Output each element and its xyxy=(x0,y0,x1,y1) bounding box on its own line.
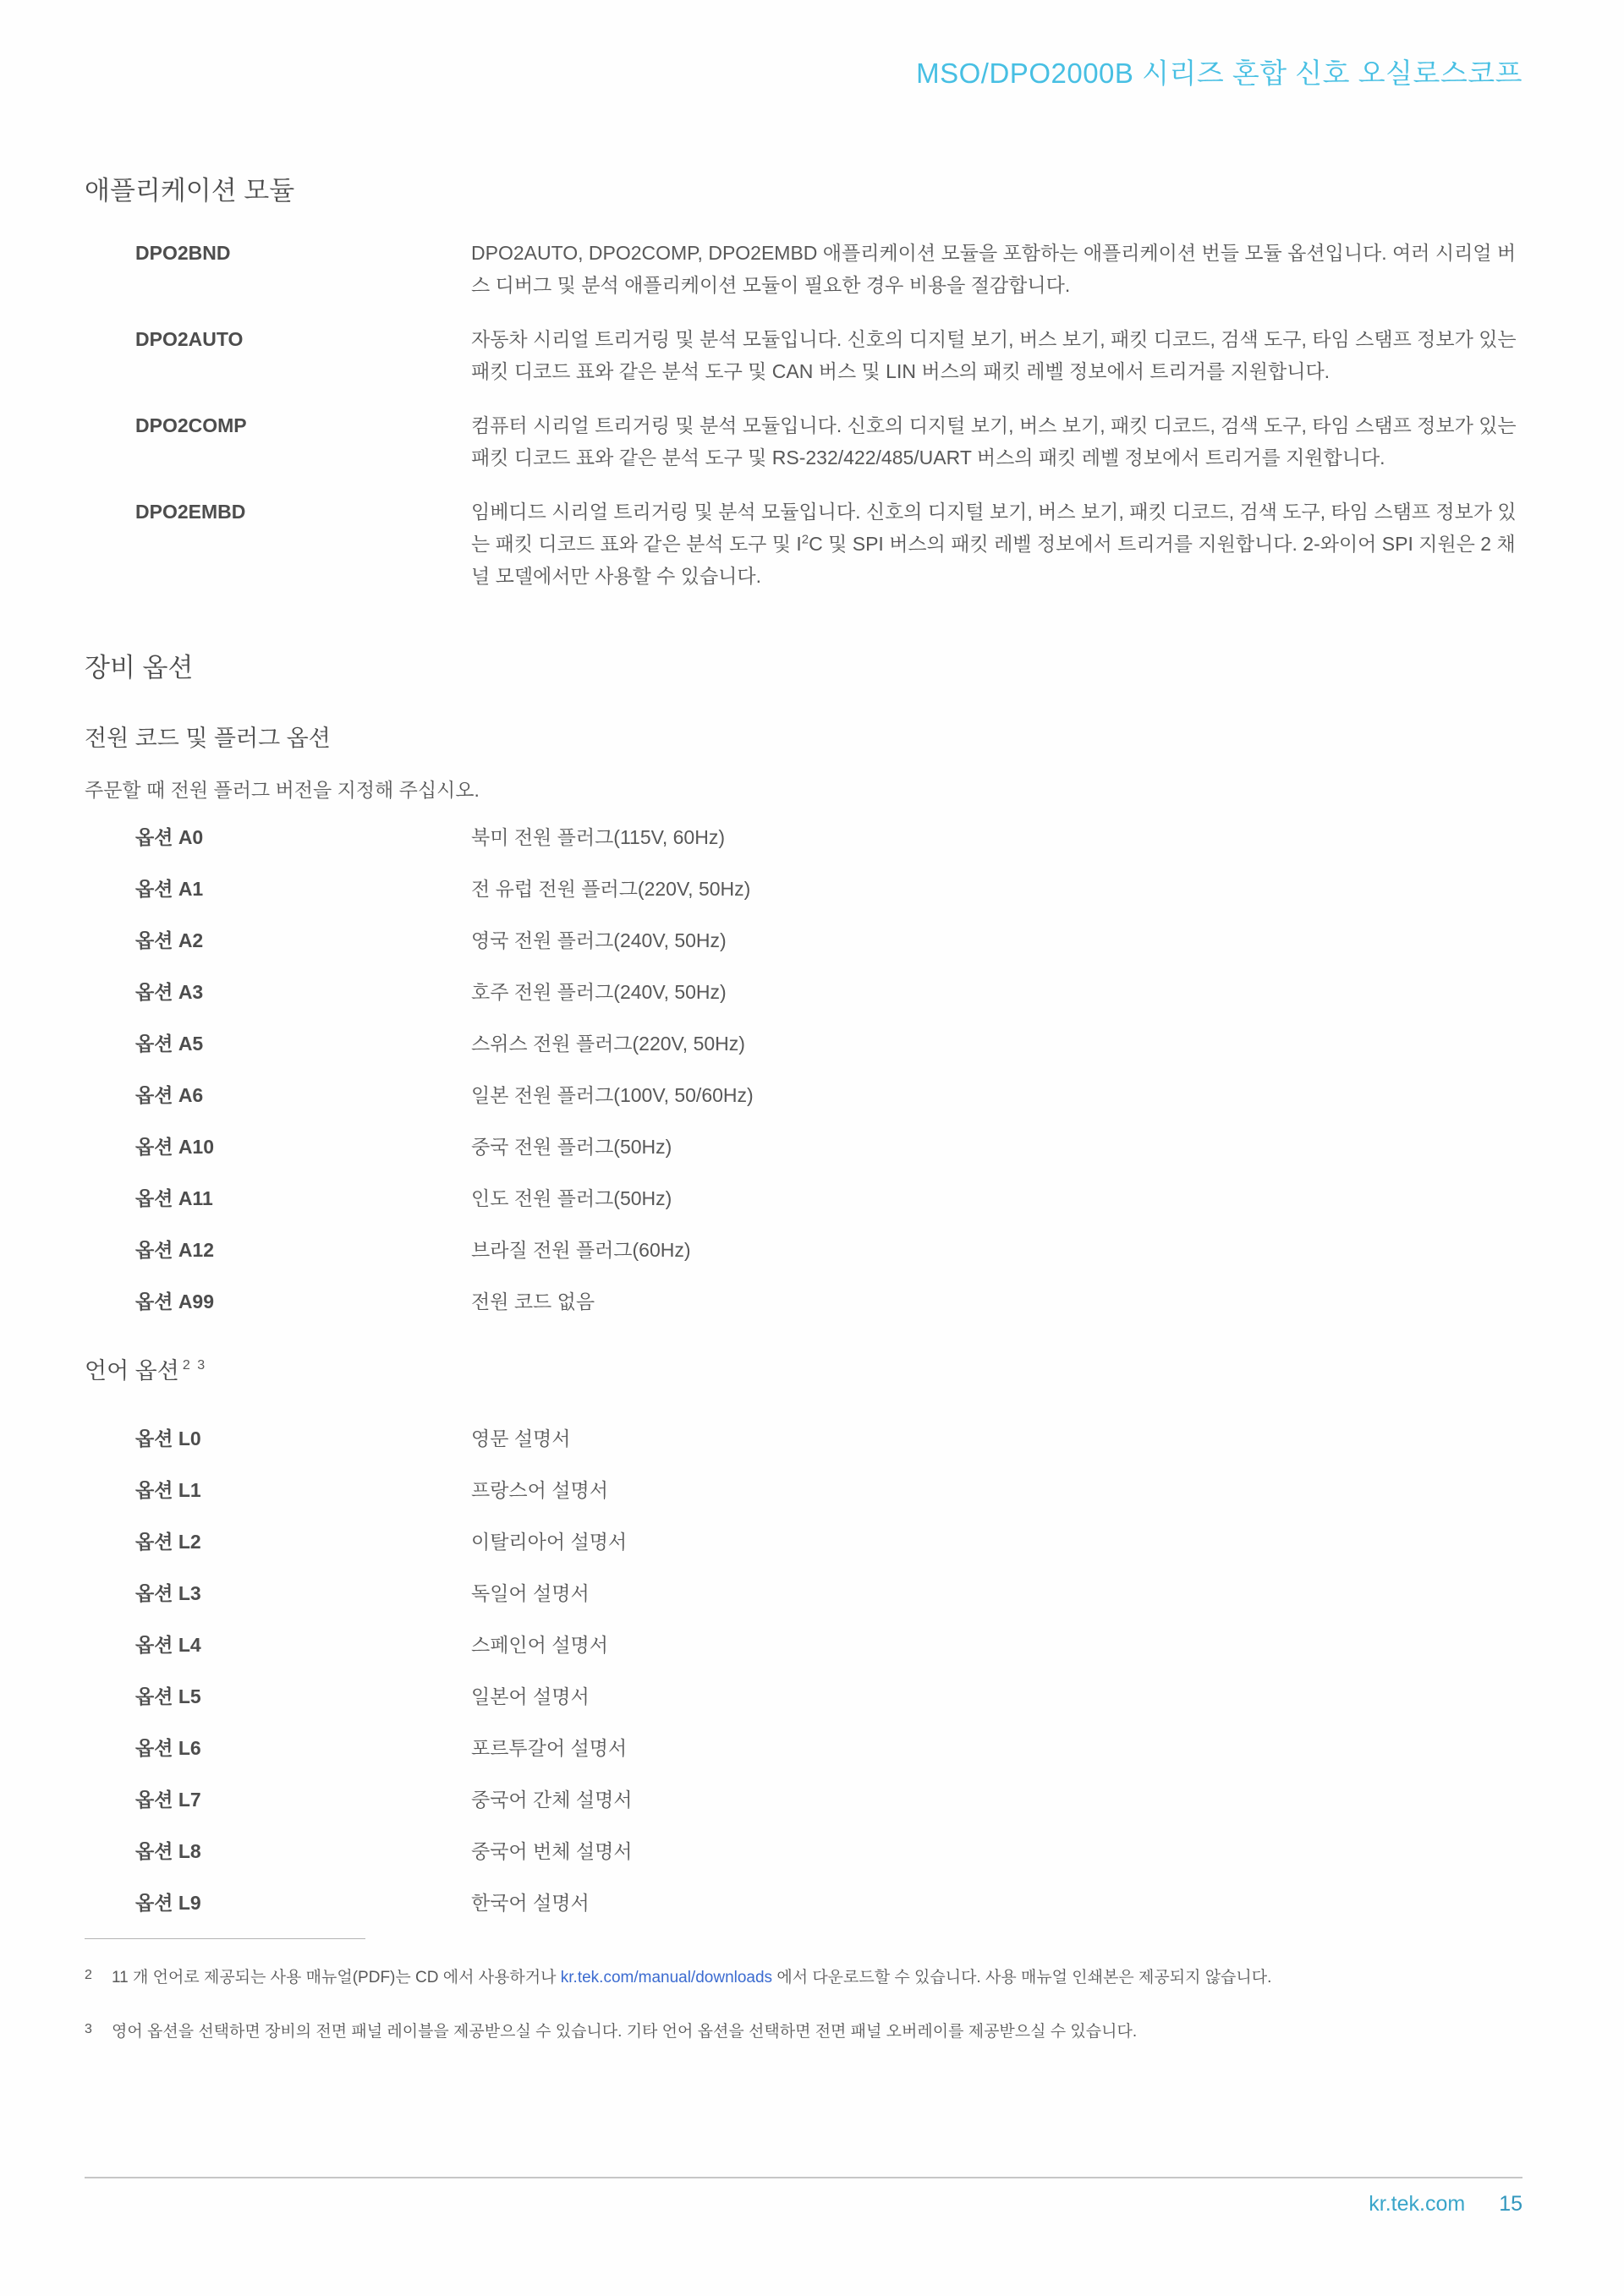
option-value: 중국어 번체 설명서 xyxy=(471,1835,1522,1867)
option-value: 이탈리아어 설명서 xyxy=(471,1526,1522,1558)
option-label: 옵션 A12 xyxy=(135,1234,471,1266)
option-value: 독일어 설명서 xyxy=(471,1577,1522,1609)
option-label: 옵션 A3 xyxy=(135,976,471,1008)
option-row: 옵션 A5스위스 전원 플러그(220V, 50Hz) xyxy=(135,1027,1522,1060)
option-label: 옵션 A2 xyxy=(135,924,471,956)
option-row: 옵션 A0북미 전원 플러그(115V, 60Hz) xyxy=(135,821,1522,853)
page-footer: kr.tek.com 15 xyxy=(1369,2190,1522,2217)
option-value: 전원 코드 없음 xyxy=(471,1285,1522,1318)
language-heading-text: 언어 옵션 xyxy=(85,1358,179,1384)
module-label: DPO2EMBD xyxy=(135,496,471,592)
page-title: MSO/DPO2000B 시리즈 혼합 신호 오실로스코프 xyxy=(916,58,1522,89)
footnote-reference-marks: 2 3 xyxy=(183,1358,206,1373)
option-value: 한국어 설명서 xyxy=(471,1887,1522,1919)
option-label: 옵션 L8 xyxy=(135,1835,471,1867)
footnote-separator xyxy=(85,1938,365,1939)
footnote-text: 11 개 언어로 제공되는 사용 매뉴얼(PDF)는 CD 에서 사용하거나 k… xyxy=(112,1961,1522,1995)
option-label: 옵션 A0 xyxy=(135,821,471,853)
language-option-list: 옵션 L0영문 설명서옵션 L1프랑스어 설명서옵션 L2이탈리아어 설명서옵션… xyxy=(85,1422,1522,1919)
option-label: 옵션 L5 xyxy=(135,1680,471,1712)
module-label: DPO2BND xyxy=(135,237,471,301)
module-description: 자동차 시리얼 트리거링 및 분석 모듈입니다. 신호의 디지털 보기, 버스 … xyxy=(471,323,1522,387)
module-label: DPO2COMP xyxy=(135,409,471,474)
subsection-heading-language-options: 언어 옵션2 3 xyxy=(85,1356,1522,1390)
option-label: 옵션 A5 xyxy=(135,1027,471,1060)
footer-rule xyxy=(85,2177,1522,2178)
option-label: 옵션 L6 xyxy=(135,1732,471,1764)
option-row: 옵션 A2영국 전원 플러그(240V, 50Hz) xyxy=(135,924,1522,956)
option-value: 브라질 전원 플러그(60Hz) xyxy=(471,1234,1522,1266)
option-label: 옵션 L0 xyxy=(135,1422,471,1455)
option-label: 옵션 A11 xyxy=(135,1182,471,1214)
module-description: 임베디드 시리얼 트리거링 및 분석 모듈입니다. 신호의 디지털 보기, 버스… xyxy=(471,496,1522,592)
option-value: 일본 전원 플러그(100V, 50/60Hz) xyxy=(471,1079,1522,1111)
section-heading-equipment-options: 장비 옵션 xyxy=(85,651,1522,685)
option-row: 옵션 L6포르투갈어 설명서 xyxy=(135,1732,1522,1764)
page-header: MSO/DPO2000B 시리즈 혼합 신호 오실로스코프 xyxy=(85,0,1522,91)
option-row: 옵션 A11인도 전원 플러그(50Hz) xyxy=(135,1182,1522,1214)
module-row-dpo2bnd: DPO2BND DPO2AUTO, DPO2COMP, DPO2EMBD 애플리… xyxy=(135,237,1522,301)
option-value: 영국 전원 플러그(240V, 50Hz) xyxy=(471,924,1522,956)
footnote-2: 2 11 개 언어로 제공되는 사용 매뉴얼(PDF)는 CD 에서 사용하거나… xyxy=(85,1961,1522,1995)
option-row: 옵션 L4스페인어 설명서 xyxy=(135,1629,1522,1661)
module-row-dpo2embd: DPO2EMBD 임베디드 시리얼 트리거링 및 분석 모듈입니다. 신호의 디… xyxy=(135,496,1522,592)
subsection-heading-power-cord: 전원 코드 및 플러그 옵션 xyxy=(85,723,1522,753)
module-row-dpo2auto: DPO2AUTO 자동차 시리얼 트리거링 및 분석 모듈입니다. 신호의 디지… xyxy=(135,323,1522,387)
option-label: 옵션 L3 xyxy=(135,1577,471,1609)
option-row: 옵션 L7중국어 간체 설명서 xyxy=(135,1784,1522,1816)
option-value: 전 유럽 전원 플러그(220V, 50Hz) xyxy=(471,873,1522,905)
option-label: 옵션 A99 xyxy=(135,1285,471,1318)
option-value: 호주 전원 플러그(240V, 50Hz) xyxy=(471,976,1522,1008)
footnote-3: 3 영어 옵션을 선택하면 장비의 전면 패널 레이블을 제공받으실 수 있습니… xyxy=(85,2015,1522,2049)
footer-site-link[interactable]: kr.tek.com xyxy=(1369,2190,1465,2217)
option-row: 옵션 A1전 유럽 전원 플러그(220V, 50Hz) xyxy=(135,873,1522,905)
option-label: 옵션 A6 xyxy=(135,1079,471,1111)
option-row: 옵션 L2이탈리아어 설명서 xyxy=(135,1526,1522,1558)
section-heading-app-modules: 애플리케이션 모듈 xyxy=(85,174,1522,208)
option-label: 옵션 L2 xyxy=(135,1526,471,1558)
option-row: 옵션 L9한국어 설명서 xyxy=(135,1887,1522,1919)
footnote-marker: 2 xyxy=(85,1959,112,1992)
footnote-text-segment: 11 개 언어로 제공되는 사용 매뉴얼(PDF)는 CD 에서 사용하거나 xyxy=(112,1969,561,1986)
option-label: 옵션 L7 xyxy=(135,1784,471,1816)
footnote-text: 영어 옵션을 선택하면 장비의 전면 패널 레이블을 제공받으실 수 있습니다.… xyxy=(112,2015,1522,2049)
power-options-intro: 주문할 때 전원 플러그 버전을 지정해 주십시오. xyxy=(85,774,1522,806)
option-value: 일본어 설명서 xyxy=(471,1680,1522,1712)
option-row: 옵션 L8중국어 번체 설명서 xyxy=(135,1835,1522,1867)
option-value: 스위스 전원 플러그(220V, 50Hz) xyxy=(471,1027,1522,1060)
option-value: 중국 전원 플러그(50Hz) xyxy=(471,1131,1522,1163)
option-label: 옵션 L9 xyxy=(135,1887,471,1919)
option-value: 포르투갈어 설명서 xyxy=(471,1732,1522,1764)
manual-downloads-link[interactable]: kr.tek.com/manual/downloads xyxy=(561,1969,772,1986)
footnote-marker: 3 xyxy=(85,2013,112,2047)
option-label: 옵션 L4 xyxy=(135,1629,471,1661)
module-label: DPO2AUTO xyxy=(135,323,471,387)
module-description: 컴퓨터 시리얼 트리거링 및 분석 모듈입니다. 신호의 디지털 보기, 버스 … xyxy=(471,409,1522,474)
module-description: DPO2AUTO, DPO2COMP, DPO2EMBD 애플리케이션 모듈을 … xyxy=(471,237,1522,301)
option-row: 옵션 L5일본어 설명서 xyxy=(135,1680,1522,1712)
module-row-dpo2comp: DPO2COMP 컴퓨터 시리얼 트리거링 및 분석 모듈입니다. 신호의 디지… xyxy=(135,409,1522,474)
option-label: 옵션 A10 xyxy=(135,1131,471,1163)
option-value: 중국어 간체 설명서 xyxy=(471,1784,1522,1816)
superscript-2: 2 xyxy=(802,532,809,546)
option-value: 스페인어 설명서 xyxy=(471,1629,1522,1661)
option-value: 인도 전원 플러그(50Hz) xyxy=(471,1182,1522,1214)
datasheet-page: MSO/DPO2000B 시리즈 혼합 신호 오실로스코프 애플리케이션 모듈 … xyxy=(0,0,1624,2296)
option-row: 옵션 L0영문 설명서 xyxy=(135,1422,1522,1455)
option-row: 옵션 A99전원 코드 없음 xyxy=(135,1285,1522,1318)
option-label: 옵션 A1 xyxy=(135,873,471,905)
option-value: 프랑스어 설명서 xyxy=(471,1474,1522,1506)
option-row: 옵션 A6일본 전원 플러그(100V, 50/60Hz) xyxy=(135,1079,1522,1111)
footnote-text-segment: 에서 다운로드할 수 있습니다. 사용 매뉴얼 인쇄본은 제공되지 않습니다. xyxy=(772,1969,1271,1986)
option-row: 옵션 A12브라질 전원 플러그(60Hz) xyxy=(135,1234,1522,1266)
power-option-list: 옵션 A0북미 전원 플러그(115V, 60Hz)옵션 A1전 유럽 전원 플… xyxy=(85,821,1522,1318)
option-row: 옵션 A3호주 전원 플러그(240V, 50Hz) xyxy=(135,976,1522,1008)
option-row: 옵션 L1프랑스어 설명서 xyxy=(135,1474,1522,1506)
option-label: 옵션 L1 xyxy=(135,1474,471,1506)
option-value: 북미 전원 플러그(115V, 60Hz) xyxy=(471,821,1522,853)
app-module-list: DPO2BND DPO2AUTO, DPO2COMP, DPO2EMBD 애플리… xyxy=(85,237,1522,592)
page-number: 15 xyxy=(1499,2190,1522,2217)
option-value: 영문 설명서 xyxy=(471,1422,1522,1455)
option-row: 옵션 L3독일어 설명서 xyxy=(135,1577,1522,1609)
option-row: 옵션 A10중국 전원 플러그(50Hz) xyxy=(135,1131,1522,1163)
